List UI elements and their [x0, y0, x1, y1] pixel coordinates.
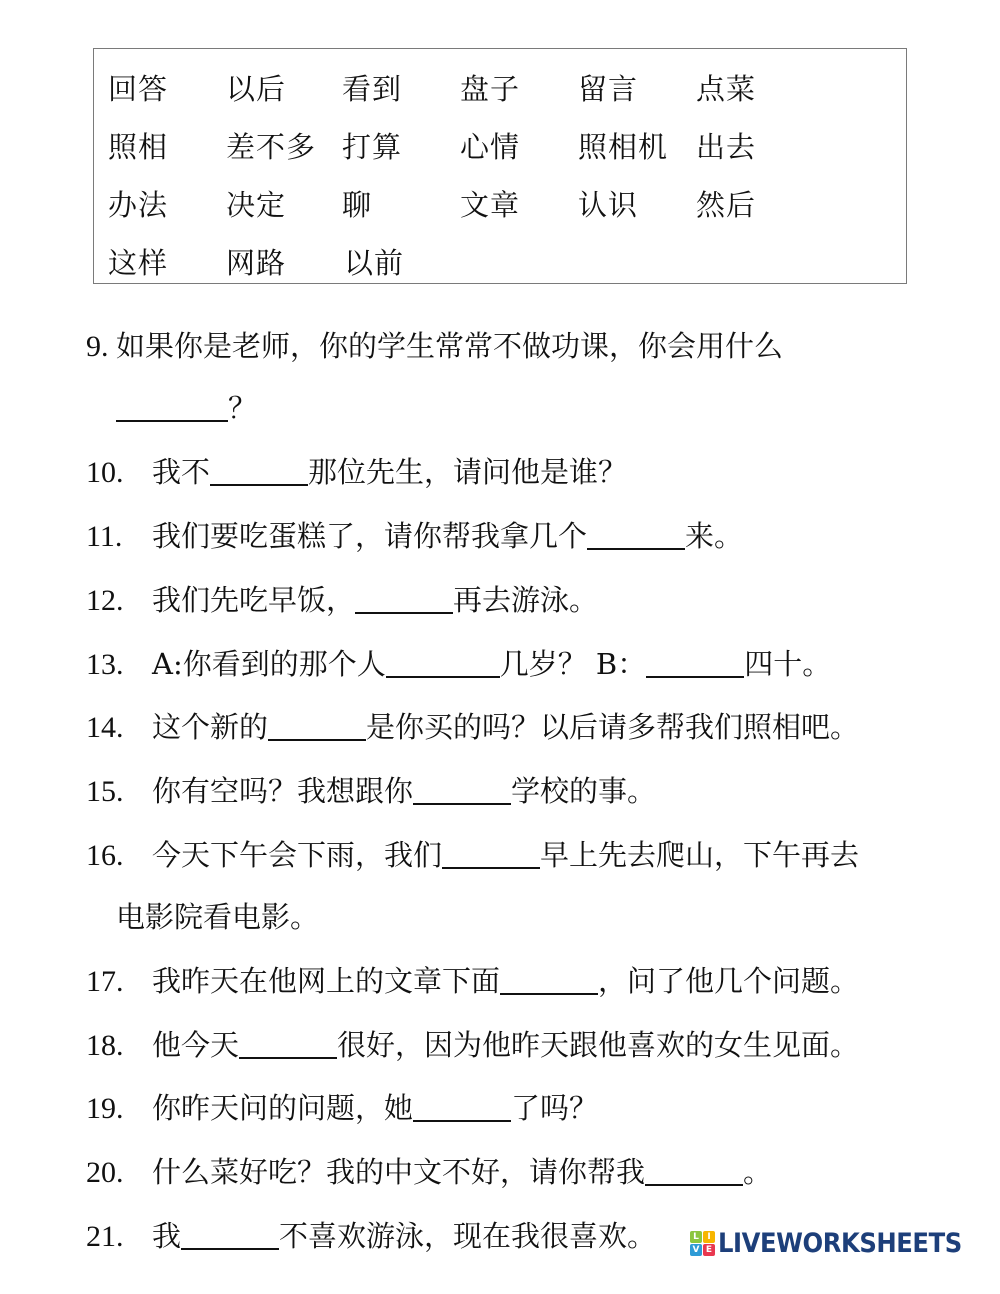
question-text: 你有空吗？我想跟你: [152, 774, 413, 808]
word-bank-item: 盘子: [460, 69, 520, 109]
answer-blank-9[interactable]: [116, 390, 228, 422]
question-number: 21.: [86, 1217, 152, 1257]
word-bank-item: 网路: [226, 243, 286, 283]
answer-blank-20[interactable]: [645, 1154, 743, 1186]
question-text: 我: [152, 1219, 181, 1253]
answer-blank-16[interactable]: [442, 837, 540, 869]
question-number: 11.: [86, 517, 152, 557]
word-bank-item: 决定: [226, 185, 286, 225]
word-bank-item: 认识: [578, 185, 638, 225]
question-text: 学校的事。: [511, 774, 656, 808]
question-text: 是你买的吗？以后请多帮我们照相吧。: [366, 710, 859, 744]
question-text: 电影院看电影。: [116, 900, 319, 934]
question-text: ？: [228, 391, 257, 425]
logo-text: LIVEWORKSHEETS: [718, 1228, 962, 1259]
question-text: 他今天: [152, 1028, 239, 1062]
word-bank-item: 照相机: [578, 127, 668, 167]
word-bank-item: 以前: [344, 243, 404, 283]
question-10: 10.我不那位先生，请问他是谁？: [86, 452, 627, 493]
question-16-line2: 电影院看电影。: [116, 897, 319, 937]
word-bank-item: 心情: [460, 127, 520, 167]
question-14: 14.这个新的是你买的吗？以后请多帮我们照相吧。: [86, 707, 859, 748]
logo-tile: I: [703, 1231, 715, 1243]
question-number: 15.: [86, 772, 152, 812]
question-text: 再去游泳。: [453, 583, 598, 617]
question-number: 9.: [86, 327, 116, 367]
logo-tiles-icon: L I V E: [690, 1231, 715, 1256]
word-bank-item: 留言: [578, 69, 638, 109]
question-text: 我不: [152, 455, 210, 489]
question-text: 这个新的: [152, 710, 268, 744]
question-text: 来。: [685, 519, 743, 553]
word-bank-item: 然后: [696, 185, 756, 225]
answer-blank-11[interactable]: [587, 518, 685, 550]
question-18: 18.他今天很好，因为他昨天跟他喜欢的女生见面。: [86, 1025, 859, 1066]
question-12: 12.我们先吃早饭，再去游泳。: [86, 580, 598, 621]
question-19: 19.你昨天问的问题，她了吗？: [86, 1088, 598, 1129]
question-text: 什么菜好吃？我的中文不好，请你帮我: [152, 1155, 645, 1189]
question-number: 18.: [86, 1026, 152, 1066]
answer-blank-13a[interactable]: [386, 646, 500, 678]
answer-blank-21[interactable]: [181, 1218, 279, 1250]
answer-blank-19[interactable]: [413, 1090, 511, 1122]
question-text: 我们先吃早饭，: [152, 583, 355, 617]
word-bank-item: 出去: [696, 127, 756, 167]
question-text: 那位先生，请问他是谁？: [308, 455, 627, 489]
question-16: 16.今天下午会下雨，我们早上先去爬山，下午再去: [86, 835, 859, 876]
question-text: 早上先去爬山，下午再去: [540, 838, 859, 872]
word-bank-item: 点菜: [696, 69, 756, 109]
answer-blank-14[interactable]: [268, 709, 366, 741]
question-text: A:你看到的那个人: [152, 647, 386, 681]
answer-blank-12[interactable]: [355, 582, 453, 614]
question-text: 如果你是老师，你的学生常常不做功课，你会用什么: [116, 329, 783, 363]
word-bank-item: 差不多: [226, 127, 316, 167]
question-9: 9.如果你是老师，你的学生常常不做功课，你会用什么: [86, 326, 783, 367]
question-number: 17.: [86, 962, 152, 1002]
question-text: 了吗？: [511, 1091, 598, 1125]
question-17: 17.我昨天在他网上的文章下面，问了他几个问题。: [86, 961, 859, 1002]
answer-blank-18[interactable]: [239, 1027, 337, 1059]
question-number: 13.: [86, 645, 152, 685]
question-number: 12.: [86, 581, 152, 621]
question-number: 14.: [86, 708, 152, 748]
logo-tile: E: [703, 1244, 715, 1256]
question-text: ，问了他几个问题。: [598, 964, 859, 998]
question-13: 13.A:你看到的那个人几岁？ B：四十。: [86, 644, 831, 685]
word-bank-item: 办法: [108, 185, 168, 225]
answer-blank-10[interactable]: [210, 454, 308, 486]
question-number: 20.: [86, 1153, 152, 1193]
question-21: 21.我不喜欢游泳，现在我很喜欢。: [86, 1216, 656, 1257]
question-text: 今天下午会下雨，我们: [152, 838, 442, 872]
word-bank-box: 回答 以后 看到 盘子 留言 点菜 照相 差不多 打算 心情 照相机 出去 办法…: [93, 48, 907, 284]
question-9-line2: ？: [116, 388, 257, 428]
question-text: 我们要吃蛋糕了，请你帮我拿几个: [152, 519, 587, 553]
logo-tile: L: [690, 1231, 702, 1243]
question-text: 几岁？ B：: [500, 647, 647, 681]
word-bank-item: 文章: [460, 185, 520, 225]
question-15: 15.你有空吗？我想跟你学校的事。: [86, 771, 656, 812]
question-20: 20.什么菜好吃？我的中文不好，请你帮我。: [86, 1152, 772, 1193]
question-number: 19.: [86, 1089, 152, 1129]
question-text: 很好，因为他昨天跟他喜欢的女生见面。: [337, 1028, 859, 1062]
question-number: 10.: [86, 453, 152, 493]
question-text: 我昨天在他网上的文章下面: [152, 964, 500, 998]
liveworksheets-logo: L I V E LIVEWORKSHEETS: [690, 1228, 989, 1258]
word-bank-item: 聊: [342, 185, 372, 225]
word-bank-item: 以后: [226, 69, 286, 109]
word-bank-item: 回答: [108, 69, 168, 109]
answer-blank-13b[interactable]: [646, 646, 744, 678]
question-text: 你昨天问的问题，她: [152, 1091, 413, 1125]
word-bank-item: 这样: [108, 243, 168, 283]
question-text: 。: [743, 1155, 772, 1189]
question-number: 16.: [86, 836, 152, 876]
question-11: 11.我们要吃蛋糕了，请你帮我拿几个来。: [86, 516, 743, 557]
word-bank-item: 打算: [342, 127, 402, 167]
logo-tile: V: [690, 1244, 702, 1256]
word-bank-item: 看到: [342, 69, 402, 109]
answer-blank-17[interactable]: [500, 963, 598, 995]
question-text: 四十。: [744, 647, 831, 681]
word-bank-item: 照相: [108, 127, 168, 167]
question-text: 不喜欢游泳，现在我很喜欢。: [279, 1219, 656, 1253]
answer-blank-15[interactable]: [413, 773, 511, 805]
